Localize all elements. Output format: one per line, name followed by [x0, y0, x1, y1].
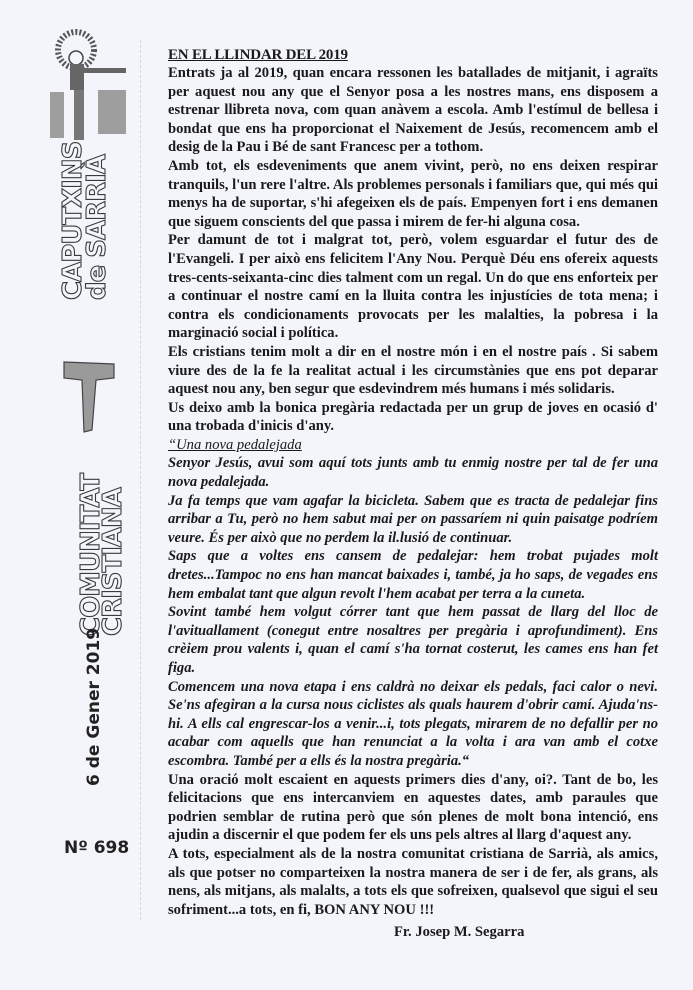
issue-number: Nº 698 — [64, 838, 129, 858]
paragraph: Us deixo amb la bonica pregària redactad… — [168, 399, 658, 436]
tau-cross-icon — [62, 360, 116, 436]
article-title: EN EL LLINDAR DEL 2019 — [168, 46, 658, 64]
closing-paragraph: A tots, especialment als de la nostra co… — [168, 845, 658, 919]
article: EN EL LLINDAR DEL 2019 Entrats ja al 201… — [168, 46, 658, 919]
sidebar: CAPUTXINS de SARRIÀ COMUNITAT CRISTIANA … — [0, 0, 150, 990]
signature: Fr. Josep M. Segarra — [394, 924, 524, 941]
prayer-paragraph: Ja fa temps que vam agafar la bicicleta.… — [168, 492, 658, 548]
prayer-paragraph: Saps que a voltes ens cansem de pedaleja… — [168, 547, 658, 603]
divider — [140, 40, 141, 920]
franciscan-figure-icon — [48, 28, 132, 152]
issue-date: 6 de Gener 2019 — [84, 628, 104, 786]
prayer-paragraph: Senyor Jesús, avui som aquí tots junts a… — [168, 454, 658, 491]
paragraph: Els cristians tenim molt a dir en el nos… — [168, 343, 658, 399]
prayer-paragraph: Sovint també hem volgut córrer tant que … — [168, 603, 658, 677]
closing-paragraph: Una oració molt escaient en aquests prim… — [168, 771, 658, 845]
logo-text-sarria: de SARRIÀ — [84, 155, 110, 300]
paragraph: Entrats ja al 2019, quan encara ressonen… — [168, 64, 658, 157]
prayer-title: “Una nova pedalejada — [168, 436, 658, 455]
paragraph: Per damunt de tot i malgrat tot, però, v… — [168, 231, 658, 343]
community-text-cristiana: CRISTIANA — [100, 488, 126, 636]
prayer-paragraph: Comencem una nova etapa i ens caldrà no … — [168, 678, 658, 771]
paragraph: Amb tot, els esdeveniments que anem vivi… — [168, 157, 658, 231]
